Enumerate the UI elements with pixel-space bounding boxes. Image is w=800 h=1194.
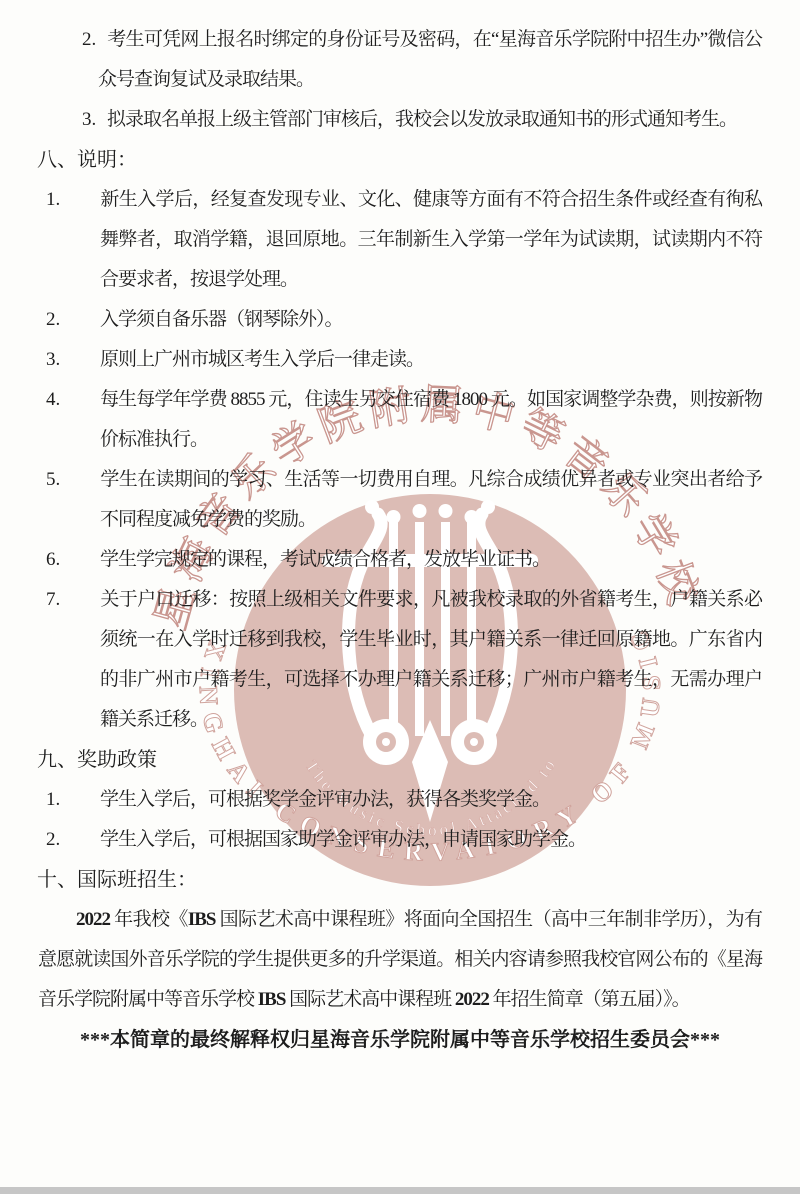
list-item-number: 6. <box>73 540 100 580</box>
list-item-number: 2. <box>73 300 100 340</box>
list-item-number: 2. <box>90 20 107 60</box>
list-item: 2.学生入学后，可根据国家助学金评审办法，申请国家助学金。 <box>0 820 762 860</box>
list-item: 4.每生每学年学费 8855 元，住读生另交住宿费 1800 元。如国家调整学杂… <box>0 380 762 460</box>
list-item: 3.原则上广州市城区考生入学后一律走读。 <box>0 340 762 380</box>
list-item: 2.考生可凭网上报名时绑定的身份证号及密码，在“星海音乐学院附中招生办”微信公众… <box>0 20 762 100</box>
section-heading-10: 十、国际班招生： <box>0 860 762 900</box>
list-item-text: 考生可凭网上报名时绑定的身份证号及密码，在“星海音乐学院附中招生办”微信公众号查… <box>98 29 762 90</box>
section-heading-9: 九、奖助政策 <box>0 740 762 780</box>
list-item: 6.学生学完规定的课程，考试成绩合格者，发放毕业证书。 <box>0 540 762 580</box>
list-item-text: 原则上广州市城区考生入学后一律走读。 <box>100 349 424 370</box>
list-item-text: 关于户口迁移：按照上级相关文件要求，凡被我校录取的外省籍考生，户籍关系必须统一在… <box>100 589 762 730</box>
list-item: 7.关于户口迁移：按照上级相关文件要求，凡被我校录取的外省籍考生，户籍关系必须统… <box>0 580 762 740</box>
list-item-number: 5. <box>73 460 100 500</box>
list-item-number: 1. <box>73 780 100 820</box>
list-item: 1.学生入学后，可根据奖学金评审办法，获得各类奖学金。 <box>0 780 762 820</box>
list-item-number: 1. <box>73 180 100 220</box>
section-heading-8: 八、说明： <box>0 140 762 180</box>
document-body: 2.考生可凭网上报名时绑定的身份证号及密码，在“星海音乐学院附中招生办”微信公众… <box>0 0 800 1060</box>
list-item: 3.拟录取名单报上级主管部门审核后，我校会以发放录取通知书的形式通知考生。 <box>0 100 762 140</box>
list-item-text: 拟录取名单报上级主管部门审核后，我校会以发放录取通知书的形式通知考生。 <box>107 109 737 130</box>
list-item: 5.学生在读期间的学习、生活等一切费用自理。凡综合成绩优异者或专业突出者给予不同… <box>0 460 762 540</box>
list-item-number: 7. <box>73 580 100 620</box>
scan-edge-strip <box>0 1187 800 1194</box>
list-item-text: 学生学完规定的课程，考试成绩合格者，发放毕业证书。 <box>100 549 550 570</box>
list-item-number: 3. <box>90 100 107 140</box>
list-item-text: 入学须自备乐器（钢琴除外）。 <box>100 309 343 330</box>
list-item: 2.入学须自备乐器（钢琴除外）。 <box>0 300 762 340</box>
list-item-text: 新生入学后，经复查发现专业、文化、健康等方面有不符合招生条件或经查有徇私舞弊者，… <box>100 189 762 290</box>
list-item-number: 4. <box>73 380 100 420</box>
list-item-number: 2. <box>73 820 100 860</box>
list-item-text: 每生每学年学费 8855 元，住读生另交住宿费 1800 元。如国家调整学杂费，… <box>100 389 762 450</box>
list-item-text: 学生入学后，可根据奖学金评审办法，获得各类奖学金。 <box>100 789 550 810</box>
list-item-text: 学生入学后，可根据国家助学金评审办法，申请国家助学金。 <box>100 829 586 850</box>
section-10-paragraph: 2022 年我校《IBS 国际艺术高中课程班》将面向全国招生（高中三年制非学历）… <box>0 900 762 1020</box>
list-item-number: 3. <box>73 340 100 380</box>
list-item-text: 学生在读期间的学习、生活等一切费用自理。凡综合成绩优异者或专业突出者给予不同程度… <box>100 469 762 530</box>
footer-disclaimer: ***本简章的最终解释权归星海音乐学院附属中等音乐学校招生委员会*** <box>0 1020 762 1060</box>
list-item: 1.新生入学后，经复查发现专业、文化、健康等方面有不符合招生条件或经查有徇私舞弊… <box>0 180 762 300</box>
admissions-brochure-page: 星海音乐学院附属中等音乐学校 XINGHAI CONSERVATORY OF M… <box>0 0 800 1194</box>
